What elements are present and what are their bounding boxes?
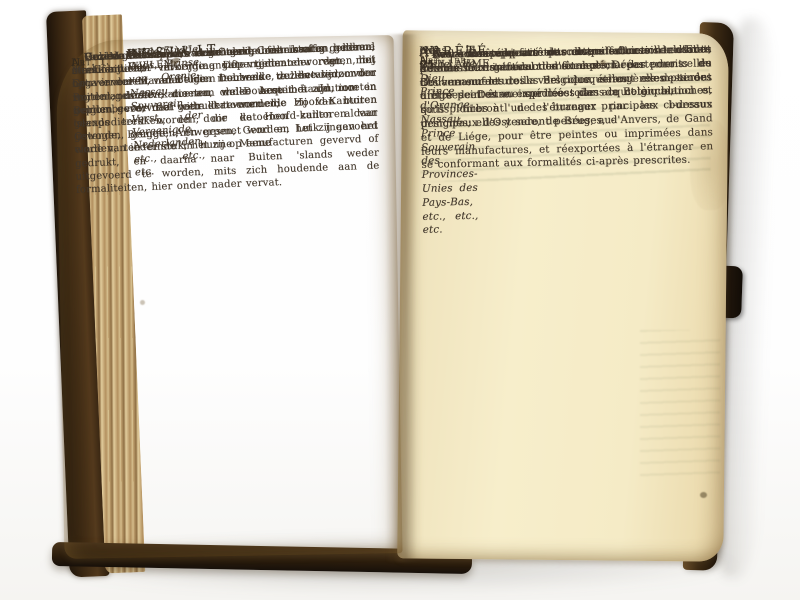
- stain: [600, 60, 606, 65]
- stain: [690, 120, 730, 210]
- article-2-text: Van de katoenen, welke deze bestemming h…: [71, 41, 379, 158]
- page-71-text: ( 71 ) (N°. 25.) ARRÊTÉ. Nous, GUILLAUME…: [419, 39, 721, 550]
- stain: [700, 492, 707, 498]
- photo-of-open-book: ( 70 ) (N°. 25.) BESLUIT. Wij, WILLEM, b…: [0, 0, 800, 600]
- gutter-shadow: [386, 34, 422, 562]
- stain: [140, 300, 145, 305]
- page-70-text: ( 70 ) (N°. 25.) BESLUIT. Wij, WILLEM, b…: [71, 39, 393, 550]
- article-2-text: Les toiles qui auront cette destination …: [419, 43, 713, 131]
